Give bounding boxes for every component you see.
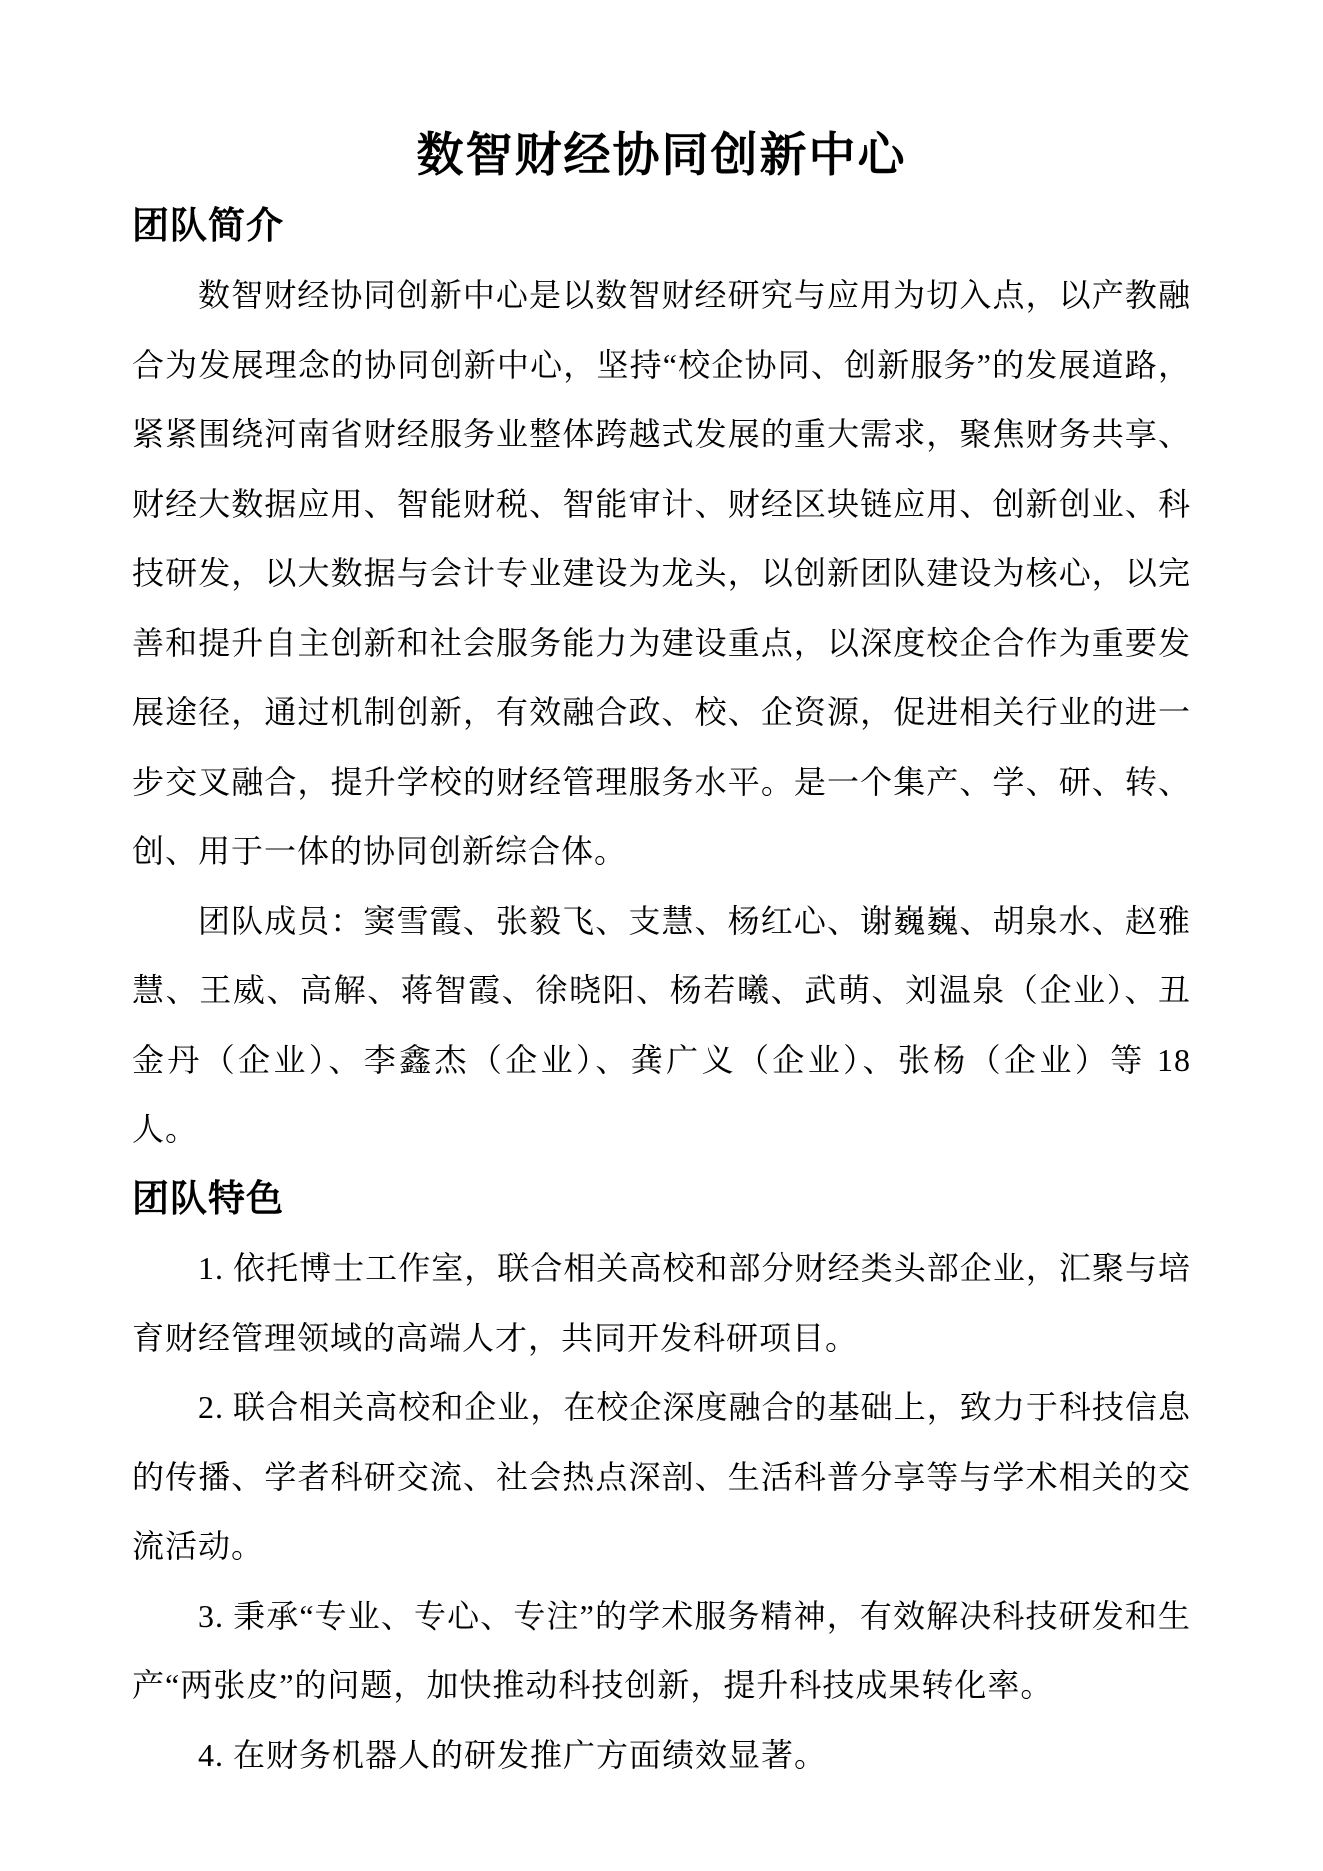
paragraph-feature-3: 3. 秉承“专业、专心、专注”的学术服务精神，有效解决科技研发和生产“两张皮”的…: [132, 1582, 1191, 1721]
paragraph-feature-1: 1. 依托博士工作室，联合相关高校和部分财经类头部企业，汇聚与培育财经管理领域的…: [132, 1234, 1191, 1373]
document-page: 数智财经协同创新中心 团队简介 数智财经协同创新中心是以数智财经研究与应用为切入…: [0, 0, 1323, 1871]
paragraph-feature-2: 2. 联合相关高校和企业，在校企深度融合的基础上，致力于科技信息的传播、学者科研…: [132, 1373, 1191, 1582]
section-heading-team-intro: 团队简介: [132, 192, 1191, 262]
paragraph-team-intro: 数智财经协同创新中心是以数智财经研究与应用为切入点，以产教融合为发展理念的协同创…: [132, 261, 1191, 887]
section-heading-team-features: 团队特色: [132, 1165, 1191, 1235]
paragraph-team-members: 团队成员：窦雪霞、张毅飞、支慧、杨红心、谢巍巍、胡泉水、赵雅慧、王威、高解、蒋智…: [132, 887, 1191, 1165]
paragraph-feature-4: 4. 在财务机器人的研发推广方面绩效显著。: [132, 1721, 1191, 1791]
document-title: 数智财经协同创新中心: [132, 122, 1191, 192]
